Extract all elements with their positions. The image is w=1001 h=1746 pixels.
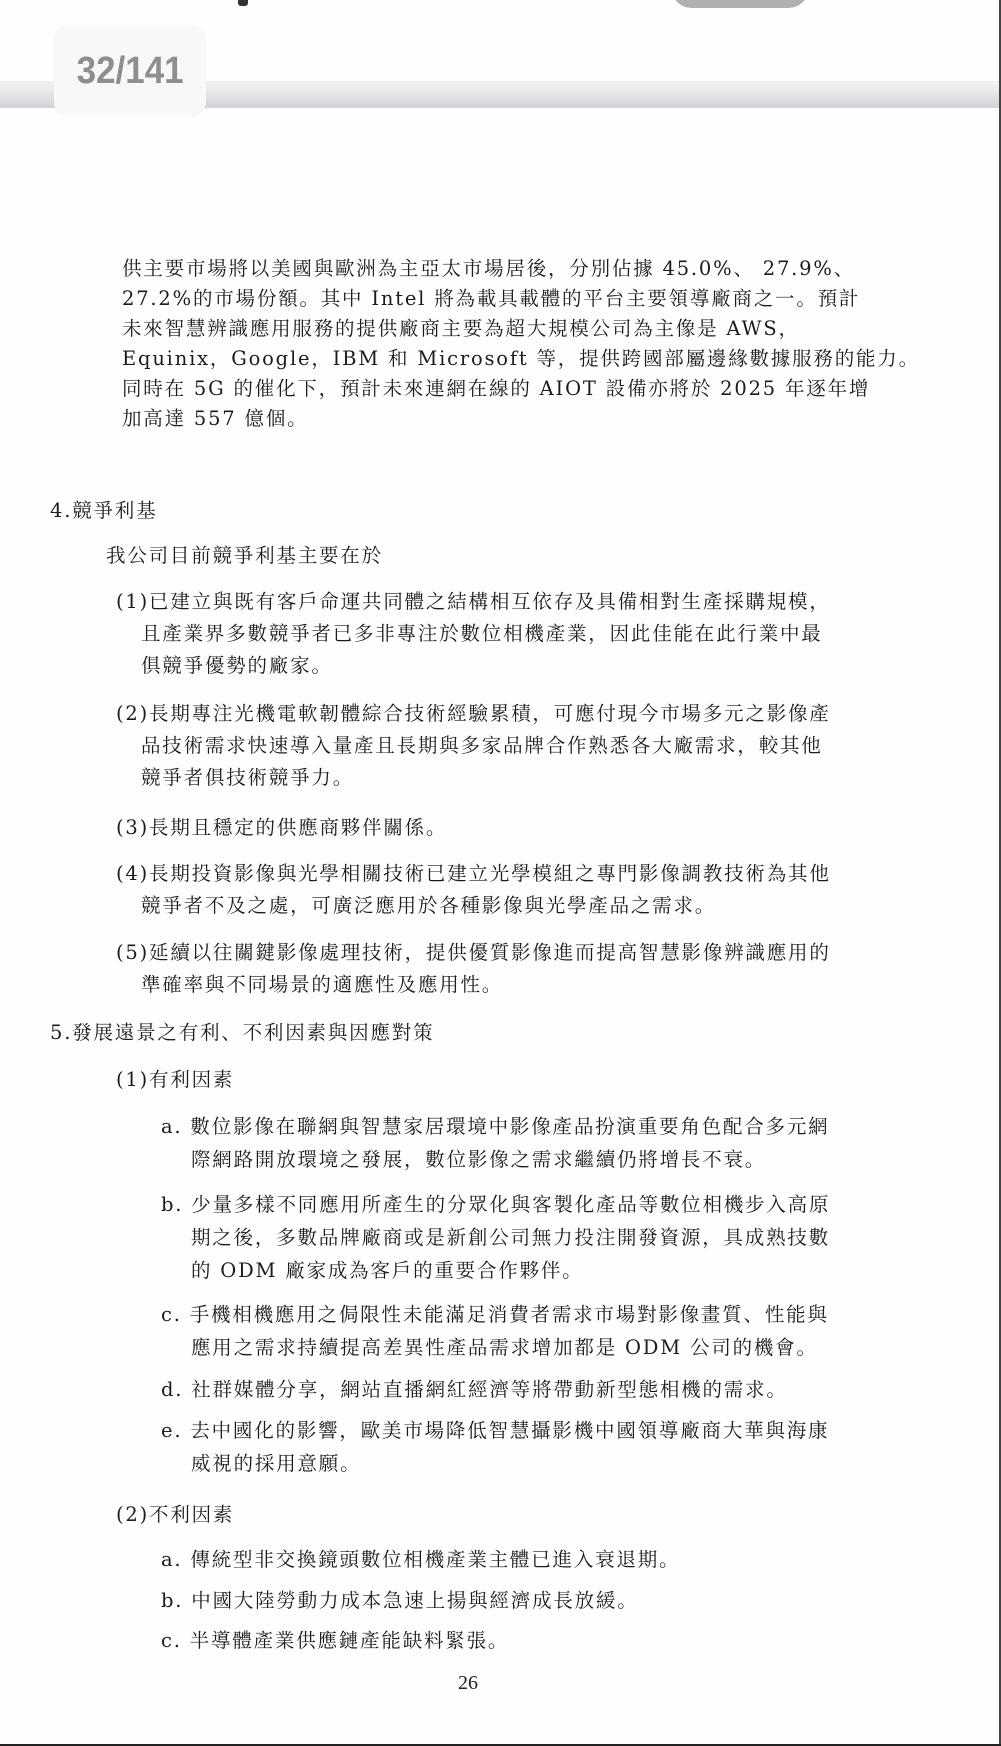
list-item-line: (2)長期專注光機電軟韌體綜合技術經驗累積，可應付現今市場多元之影像產 xyxy=(116,697,831,730)
list-item-line: 期之後，多數品牌廠商或是新創公司無力投注開發資源，具成熟技數 xyxy=(191,1221,830,1254)
list-item-line: a. 數位影像在聯網與智慧家居環境中影像產品扮演重要角色配合多元網 xyxy=(161,1110,829,1143)
list-item-line: 的 ODM 廠家成為客戶的重要合作夥伴。 xyxy=(191,1254,583,1287)
list-item-line: d. 社群媒體分享，網站直播網紅經濟等將帶動新型態相機的需求。 xyxy=(161,1373,788,1406)
intro-line: 未來智慧辨識應用服務的提供廠商主要為超大規模公司為主像是 AWS， xyxy=(122,312,800,345)
status-pill xyxy=(672,0,808,8)
intro-line: 27.2%的市場份額。其中 Intel 將為載具載體的平台主要領導廠商之一。預計 xyxy=(122,282,860,315)
intro-line: 加高達 557 億個。 xyxy=(122,402,308,435)
list-item-line: 俱競爭優勢的廠家。 xyxy=(141,649,333,682)
intro-line: Equinix，Google，IBM 和 Microsoft 等，提供跨國部屬邊… xyxy=(122,342,920,375)
list-item-line: b. 中國大陸勞動力成本急速上揚與經濟成長放緩。 xyxy=(161,1584,639,1617)
page-number: 26 xyxy=(458,1672,478,1695)
list-item-line: b. 少量多樣不同應用所產生的分眾化與客製化產品等數位相機步入高原 xyxy=(161,1188,830,1221)
intro-line: 供主要市場將以美國與歐洲為主亞太市場居後，分別佔據 45.0%、 27.9%、 xyxy=(122,252,855,285)
list-item-line: a. 傳統型非交換鏡頭數位相機產業主體已進入衰退期。 xyxy=(161,1543,680,1576)
list-item-line: 際網路開放環境之發展，數位影像之需求繼續仍將增長不衰。 xyxy=(191,1143,766,1176)
list-item-line: c. 手機相機應用之侷限性未能滿足消費者需求市場對影像畫質、性能與 xyxy=(161,1298,829,1331)
list-item-line: 威視的採用意願。 xyxy=(191,1447,361,1480)
subsection-heading: (1)有利因素 xyxy=(116,1063,234,1096)
section-heading: 5.發展遠景之有利、不利因素與因應對策 xyxy=(50,1016,434,1049)
subsection-heading: (2)不利因素 xyxy=(116,1498,234,1531)
list-item-line: (4)長期投資影像與光學相關技術已建立光學模組之專門影像調教技術為其他 xyxy=(116,857,831,890)
list-item-line: (3)長期且穩定的供應商夥伴關係。 xyxy=(116,811,447,844)
list-item-line: 應用之需求持續提高差異性產品需求增加都是 ODM 公司的機會。 xyxy=(191,1331,818,1364)
list-item-line: 品技術需求快速導入量產且長期與多家品牌合作熟悉各大廠需求，較其他 xyxy=(141,729,823,762)
list-item-line: 競爭者俱技術競爭力。 xyxy=(141,761,354,794)
intro-line: 同時在 5G 的催化下，預計未來連網在線的 AIOT 設備亦將於 2025 年逐… xyxy=(122,372,870,405)
section-intro: 我公司目前競爭利基主要在於 xyxy=(106,539,383,572)
list-item-line: 且產業界多數競爭者已多非專注於數位相機產業，因此佳能在此行業中最 xyxy=(141,617,823,650)
page-indicator-badge: 32/141 xyxy=(54,26,206,116)
top-artifact xyxy=(238,0,248,6)
page-indicator: 32/141 xyxy=(77,50,184,93)
list-item-line: c. 半導體產業供應鏈產能缺料緊張。 xyxy=(161,1624,509,1657)
list-item-line: 準確率與不同場景的適應性及應用性。 xyxy=(141,968,503,1001)
list-item-line: (5)延續以往關鍵影像處理技術，提供優質影像進而提高智慧影像辨識應用的 xyxy=(116,936,831,969)
list-item-line: (1)已建立與既有客戶命運共同體之結構相互依存及具備相對生產採購規模， xyxy=(116,585,831,618)
list-item-line: e. 去中國化的影響，歐美市場降低智慧攝影機中國領導廠商大華與海康 xyxy=(161,1414,829,1447)
list-item-line: 競爭者不及之處，可廣泛應用於各種影像與光學產品之需求。 xyxy=(141,889,716,922)
section-heading: 4.競爭利基 xyxy=(50,494,157,527)
